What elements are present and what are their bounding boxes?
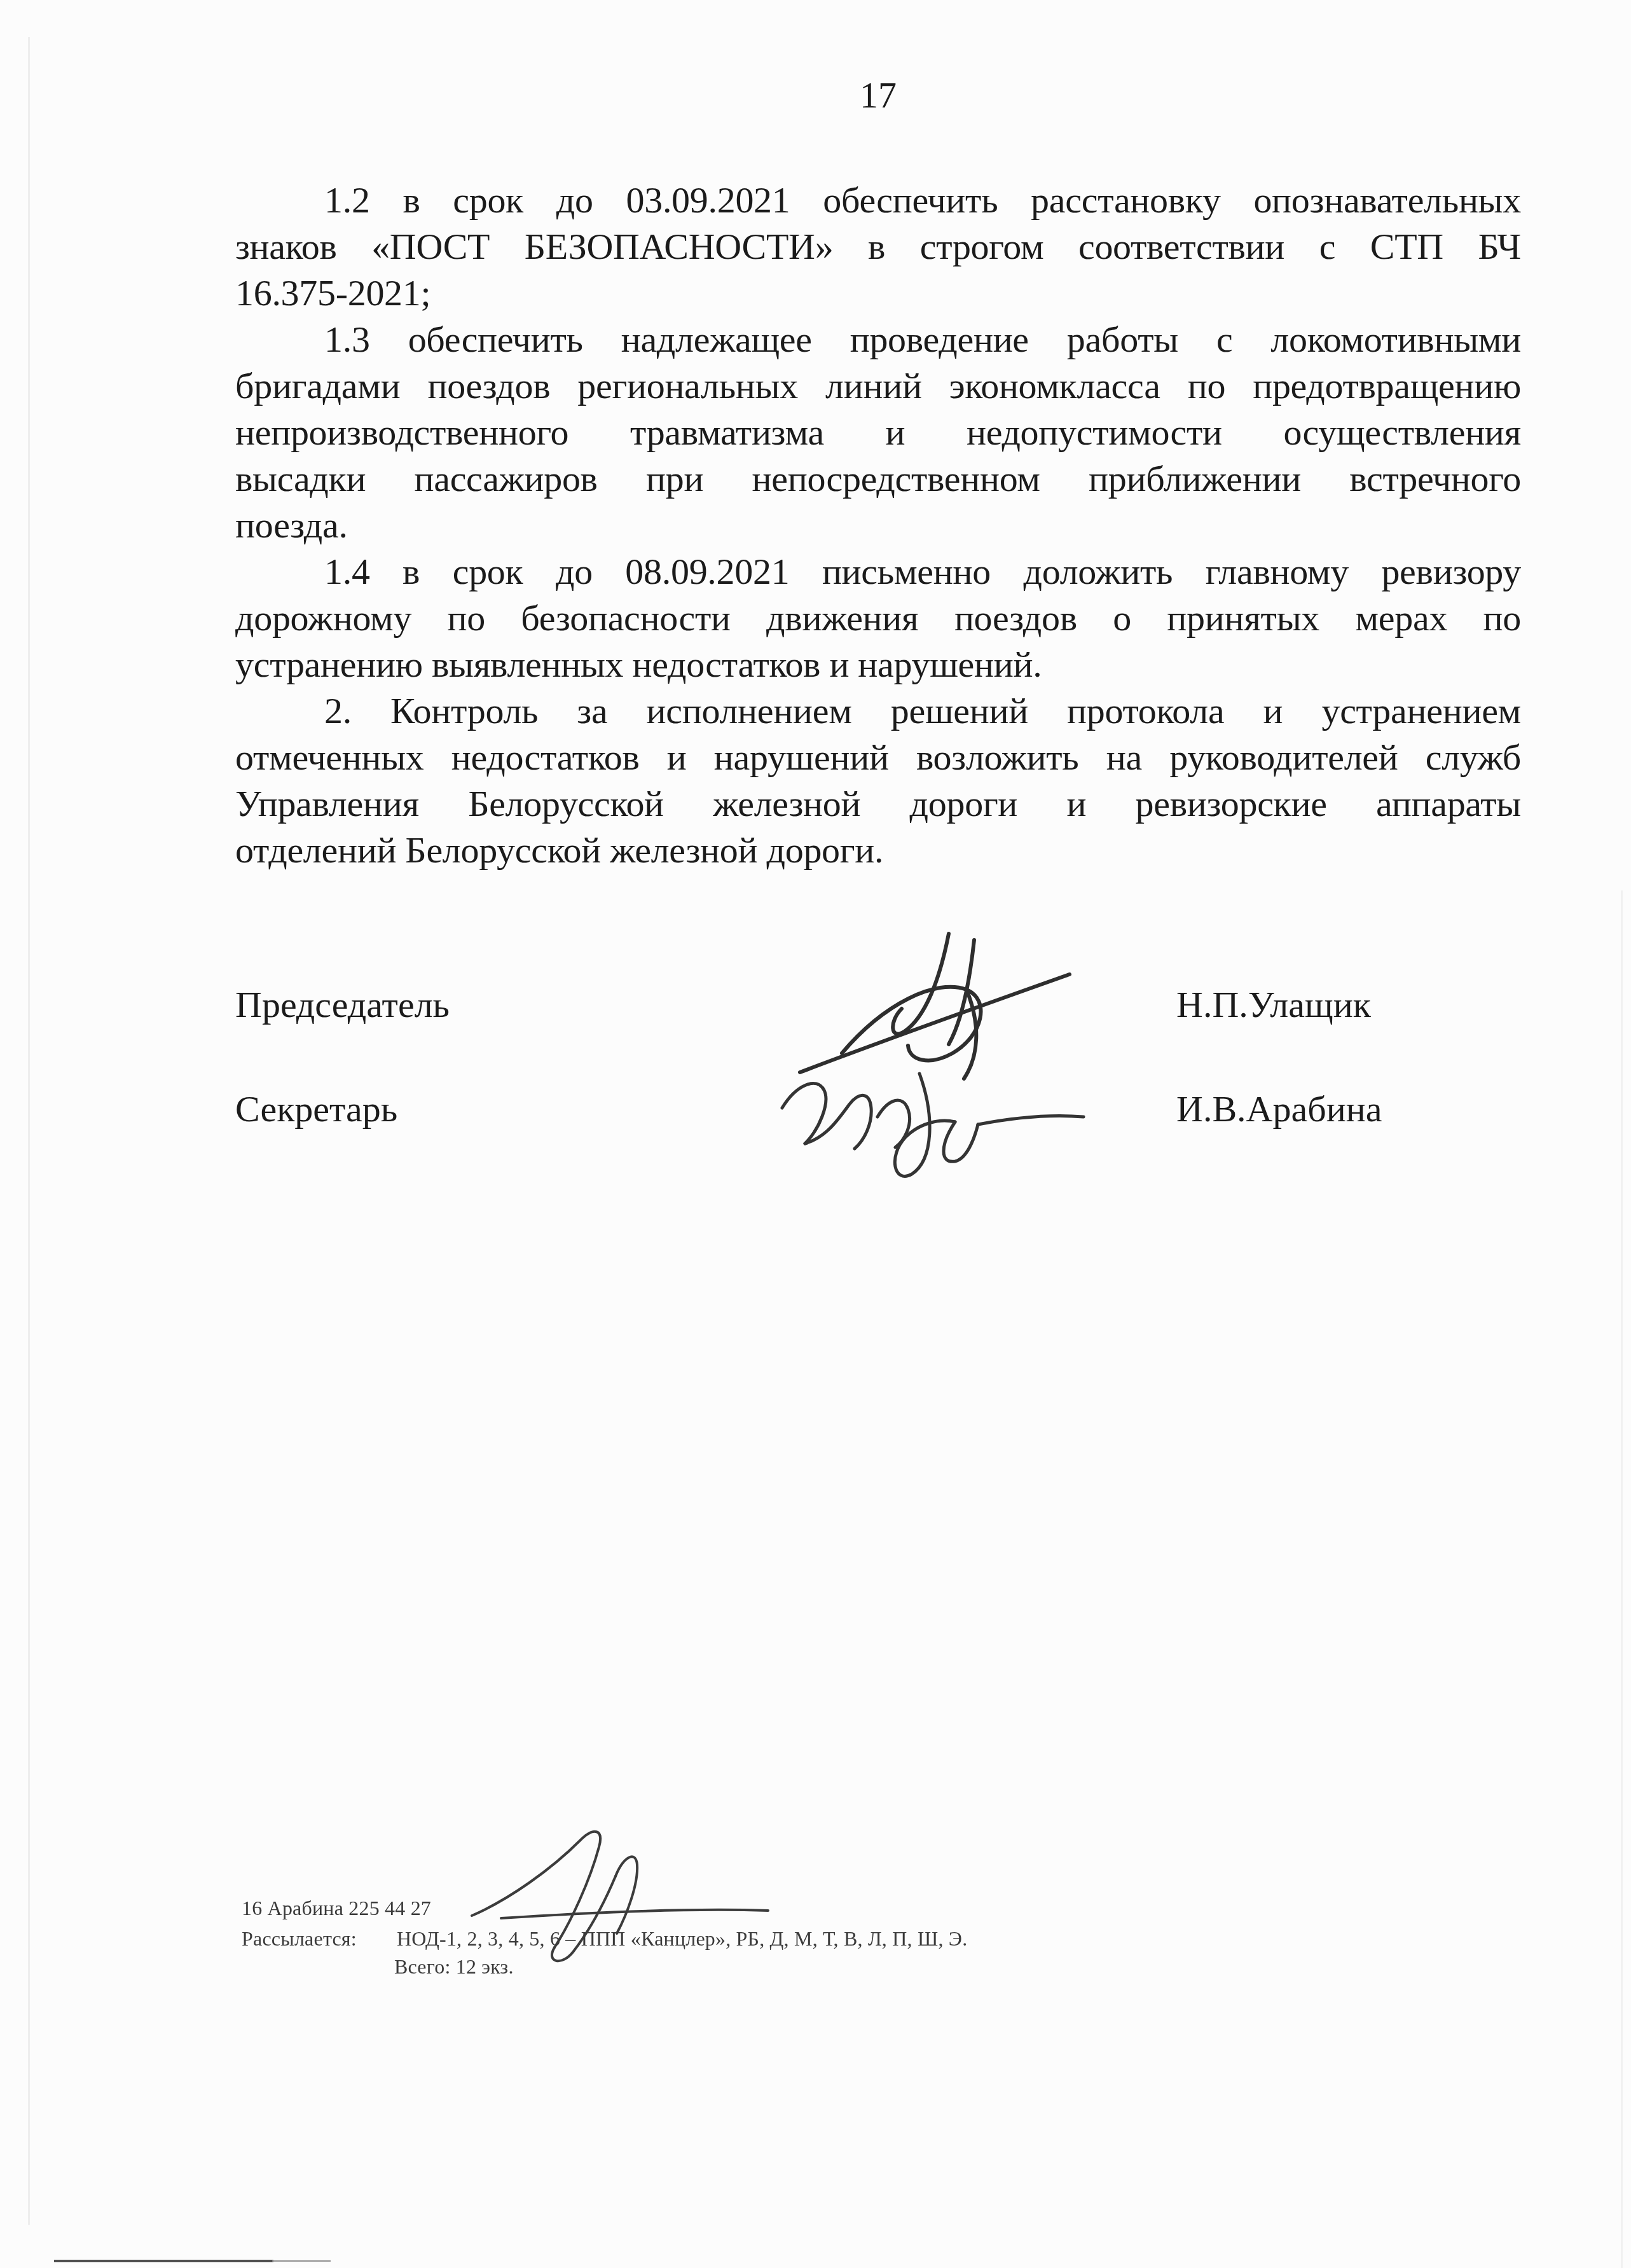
chairman-title: Председатель	[235, 983, 450, 1026]
paragraph-2-line-2: отмеченных недостатков и нарушений возло…	[235, 734, 1521, 780]
document-page: { "page": { "number": "17" }, "body": { …	[0, 0, 1631, 2268]
secretary-name: И.В.Арабина	[1176, 1088, 1382, 1130]
paragraph-1-3-line-1: 1.3 обеспечить надлежащее проведение раб…	[235, 316, 1521, 363]
paragraph-1-3-line-4: высадки пассажиров при непосредственном …	[235, 455, 1521, 502]
paragraph-1-3-line-5: поезда.	[235, 502, 1521, 548]
secretary-signature	[782, 1074, 1084, 1176]
secretary-title: Секретарь	[235, 1088, 397, 1130]
scan-artifact-bottom-line-tail	[272, 2260, 331, 2262]
paragraph-2-line-4: отделений Белорусской железной дороги.	[235, 827, 1521, 873]
paragraph-1-2-line-2: знаков «ПОСТ БЕЗОПАСНОСТИ» в строгом соо…	[235, 223, 1521, 270]
paragraph-1-4-line-1: 1.4 в срок до 08.09.2021 письменно долож…	[235, 548, 1521, 595]
paragraph-2-line-1: 2. Контроль за исполнением решений прото…	[235, 688, 1521, 734]
paragraph-1-3-line-3: непроизводственного травматизма и недопу…	[235, 409, 1521, 455]
paragraph-2-line-3: Управления Белорусской железной дороги и…	[235, 780, 1521, 827]
paragraph-1-2-line-3: 16.375-2021;	[235, 270, 1521, 316]
page-number: 17	[235, 76, 1521, 114]
scan-artifact-left-line	[28, 37, 30, 2225]
distribution-list: НОД-1, 2, 3, 4, 5, 6 – ППП «Канцлер», РБ…	[397, 1927, 967, 1951]
chairman-signature	[800, 934, 1070, 1079]
paragraph-1-2-line-1: 1.2 в срок до 03.09.2021 обеспечить расс…	[235, 177, 1521, 223]
scan-artifact-right-shadow	[1621, 890, 1623, 2268]
distribution-label: Рассылается:	[242, 1927, 357, 1951]
paragraph-1-4-line-3: устранению выявленных недостатков и нару…	[235, 641, 1521, 688]
copies-total: Всего: 12 экз.	[394, 1955, 514, 1979]
document-body: 1.2 в срок до 03.09.2021 обеспечить расс…	[235, 177, 1521, 873]
scan-artifact-bottom-line	[54, 2260, 273, 2262]
paragraph-1-3-line-2: бригадами поездов региональных линий эко…	[235, 363, 1521, 409]
paragraph-1-4-line-2: дорожному по безопасности движения поезд…	[235, 595, 1521, 641]
chairman-name: Н.П.Улащик	[1176, 983, 1371, 1026]
executor-contact: 16 Арабина 225 44 27	[242, 1897, 431, 1920]
